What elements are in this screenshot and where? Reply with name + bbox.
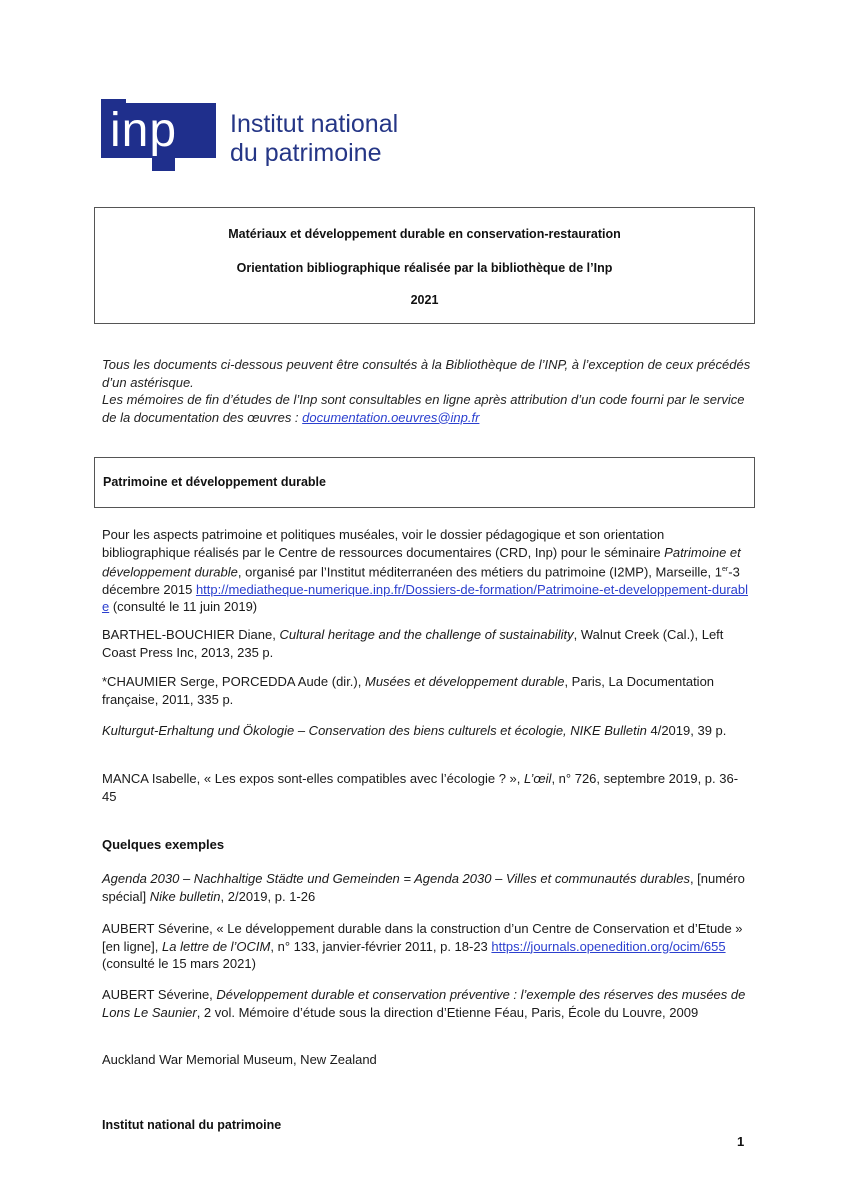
document-year: 2021 [95,293,754,307]
subsection-title: Quelques exemples [102,837,224,852]
title-box: Matériaux et développement durable en co… [94,207,755,324]
document-subtitle: Orientation bibliographique réalisée par… [95,261,754,275]
bibliography-entry: Agenda 2030 – Nachhaltige Städte und Gem… [102,870,752,905]
document-title: Matériaux et développement durable en co… [95,227,754,241]
section-title: Patrimoine et développement durable [103,475,326,489]
page-number: 1 [737,1134,744,1149]
bibliography-entry: BARTHEL-BOUCHIER Diane, Cultural heritag… [102,626,752,661]
bibliography-entry: AUBERT Séverine, Développement durable e… [102,986,752,1021]
bibliography-entry: MANCA Isabelle, « Les expos sont-elles c… [102,770,752,805]
bibliography-entry: Auckland War Memorial Museum, New Zealan… [102,1051,752,1069]
logo-line-1: Institut national [230,110,398,139]
bibliography-entry: Pour les aspects patrimoine et politique… [102,526,752,616]
bibliography-entry: Kulturgut-Erhaltung und Ökologie – Conse… [102,722,752,740]
logo-wordmark: Institut national du patrimoine [230,110,398,168]
logo-line-2: du patrimoine [230,139,398,168]
bibliography-entry: *CHAUMIER Serge, PORCEDDA Aude (dir.), M… [102,673,752,708]
ocim-link[interactable]: https://journals.openedition.org/ocim/65… [491,939,725,954]
section-header-box: Patrimoine et développement durable [94,457,755,508]
bibliography-entry: AUBERT Séverine, « Le développement dura… [102,920,752,973]
email-link[interactable]: documentation.oeuvres@inp.fr [302,410,479,425]
intro-note: Tous les documents ci-dessous peuvent êt… [102,356,752,426]
footer-org: Institut national du patrimoine [102,1118,281,1132]
logo-mark-notch [152,156,175,171]
intro-line-2: Les mémoires de fin d’études de l’Inp so… [102,391,752,426]
intro-line-1: Tous les documents ci-dessous peuvent êt… [102,356,752,391]
logo-mark-text: inp [110,106,177,156]
